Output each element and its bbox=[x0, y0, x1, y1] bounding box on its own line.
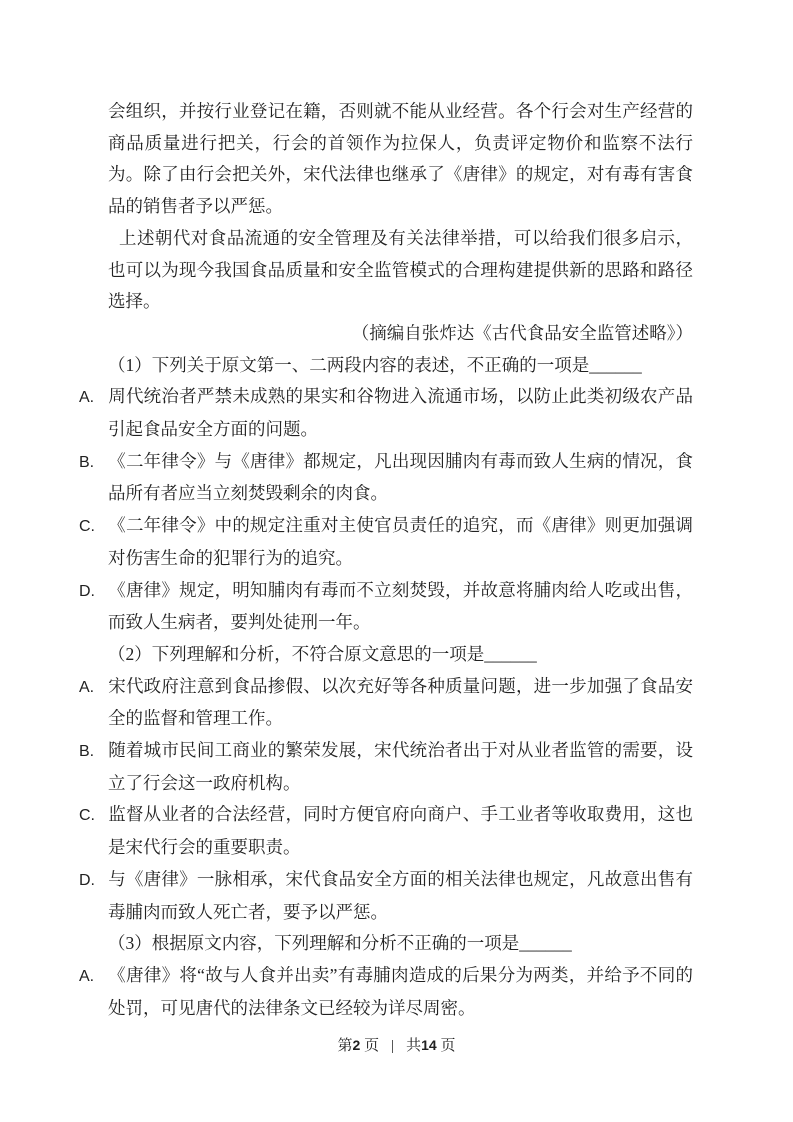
option-text-b: 随着城市民间工商业的繁荣发展，宋代统治者出于对从业者监管的需要，设立了行会这一政… bbox=[108, 740, 693, 793]
option-text-b: 《二年律令》与《唐律》都规定，凡出现因脯肉有毒而致人生病的情况，食品所有者应当立… bbox=[108, 451, 693, 504]
total-prefix: 共 bbox=[406, 1038, 421, 1054]
total-pages-number: 14 bbox=[421, 1037, 437, 1053]
page-number-label: 第2 页 bbox=[338, 1038, 380, 1054]
question-3-option-a: A.《唐律》将“故与人食并出卖”有毒脯肉造成的后果分为两类，并给予不同的处罚，可… bbox=[108, 960, 693, 1024]
question-2-option-d: D.与《唐律》一脉相承，宋代食品安全方面的相关法律也规定，凡故意出售有毒脯肉而致… bbox=[108, 864, 693, 928]
question-2-answer-blank: ______ bbox=[484, 644, 537, 664]
option-label-a: A. bbox=[79, 382, 108, 414]
document-content: 会组织，并按行业登记在籍，否则就不能从业经营。各个行会对生产经营的商品质量进行把… bbox=[108, 96, 693, 1024]
option-text-d: 《唐律》规定，明知脯肉有毒而不立刻焚毁，并故意将脯肉给人吃或出售，而致人生病者，… bbox=[108, 580, 693, 633]
question-2-option-a: A.宋代政府注意到食品掺假、以次充好等各种质量问题，进一步加强了食品安全的监督和… bbox=[108, 671, 693, 735]
option-text-a: 宋代政府注意到食品掺假、以次充好等各种质量问题，进一步加强了食品安全的监督和管理… bbox=[108, 676, 693, 729]
option-label-c: C. bbox=[79, 800, 108, 832]
option-label-a: A. bbox=[79, 672, 108, 704]
question-2-number: （2） bbox=[108, 644, 152, 664]
document-page: 会组织，并按行业登记在籍，否则就不能从业经营。各个行会对生产经营的商品质量进行把… bbox=[0, 0, 793, 1122]
question-3-stem: （3）根据原文内容，下列理解和分析不正确的一项是______ bbox=[108, 928, 693, 960]
question-1-option-c: C.《二年律令》中的规定注重对主使官员责任的追究，而《唐律》则更加强调对伤害生命… bbox=[108, 510, 693, 574]
option-text-a: 《唐律》将“故与人食并出卖”有毒脯肉造成的后果分为两类，并给予不同的处罚，可见唐… bbox=[108, 965, 693, 1018]
question-3-number: （3） bbox=[108, 933, 152, 953]
question-2-text: 下列理解和分析，不符合原文意思的一项是 bbox=[152, 644, 485, 664]
question-1-text: 下列关于原文第一、二两段内容的表述，不正确的一项是 bbox=[152, 355, 590, 375]
option-label-b: B. bbox=[79, 736, 108, 768]
option-text-c: 《二年律令》中的规定注重对主使官员责任的追究，而《唐律》则更加强调对伤害生命的犯… bbox=[108, 515, 693, 568]
option-text-c: 监督从业者的合法经营，同时方便官府向商户、手工业者等收取费用，这也是宋代行会的重… bbox=[108, 804, 693, 857]
option-text-d: 与《唐律》一脉相承，宋代食品安全方面的相关法律也规定，凡故意出售有毒脯肉而致人死… bbox=[108, 869, 693, 922]
question-3-answer-blank: ______ bbox=[519, 933, 572, 953]
total-unit: 页 bbox=[437, 1038, 456, 1054]
page-footer: 第2 页|共14 页 bbox=[0, 1034, 793, 1055]
option-label-d: D. bbox=[79, 865, 108, 897]
question-3-text: 根据原文内容，下列理解和分析不正确的一项是 bbox=[152, 933, 520, 953]
question-1-option-a: A.周代统治者严禁未成熟的果实和谷物进入流通市场，以防止此类初级农产品引起食品安… bbox=[108, 381, 693, 445]
question-1-number: （1） bbox=[108, 355, 152, 375]
total-pages-label: 共14 页 bbox=[406, 1038, 455, 1054]
body-paragraph-2: 上述朝代对食品流通的安全管理及有关法律举措，可以给我们很多启示，也可以为现今我国… bbox=[108, 223, 693, 318]
page-prefix: 第 bbox=[338, 1038, 353, 1054]
option-label-b: B. bbox=[79, 447, 108, 479]
option-label-a: A. bbox=[79, 961, 108, 993]
question-1-stem: （1）下列关于原文第一、二两段内容的表述，不正确的一项是______ bbox=[108, 350, 693, 382]
question-2-stem: （2）下列理解和分析，不符合原文意思的一项是______ bbox=[108, 639, 693, 671]
question-1-option-b: B.《二年律令》与《唐律》都规定，凡出现因脯肉有毒而致人生病的情况，食品所有者应… bbox=[108, 446, 693, 510]
question-2-option-b: B.随着城市民间工商业的繁荣发展，宋代统治者出于对从业者监管的需要，设立了行会这… bbox=[108, 735, 693, 799]
footer-divider: | bbox=[391, 1038, 394, 1054]
source-attribution: （摘编自张炸达《古代食品安全监管述略》） bbox=[108, 318, 693, 350]
question-1-answer-blank: ______ bbox=[589, 355, 642, 375]
option-label-c: C. bbox=[79, 511, 108, 543]
question-1-option-d: D.《唐律》规定，明知脯肉有毒而不立刻焚毁，并故意将脯肉给人吃或出售，而致人生病… bbox=[108, 575, 693, 639]
option-label-d: D. bbox=[79, 576, 108, 608]
question-2-option-c: C.监督从业者的合法经营，同时方便官府向商户、手工业者等收取费用，这也是宋代行会… bbox=[108, 799, 693, 863]
page-unit: 页 bbox=[360, 1038, 379, 1054]
option-text-a: 周代统治者严禁未成熟的果实和谷物进入流通市场，以防止此类初级农产品引起食品安全方… bbox=[108, 386, 693, 439]
body-paragraph-1: 会组织，并按行业登记在籍，否则就不能从业经营。各个行会对生产经营的商品质量进行把… bbox=[108, 96, 693, 223]
